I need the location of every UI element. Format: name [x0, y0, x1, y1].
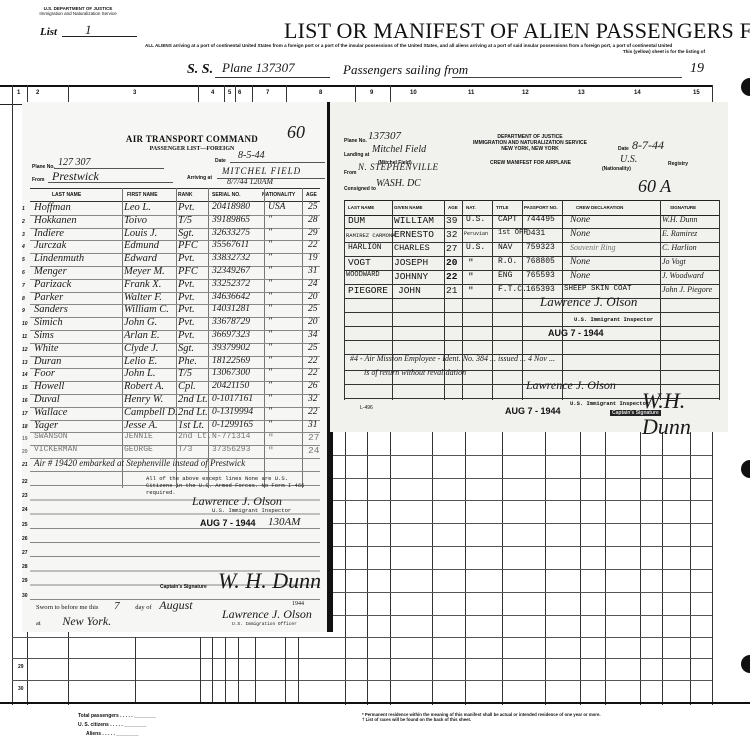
table-row: 8ParkerWalter F.Pvt.34636642"20 [30, 292, 320, 306]
col-num: 12 [522, 90, 529, 96]
col-header: TITLE [496, 205, 509, 210]
col-num: 5 [228, 90, 231, 96]
col-header: AGE [448, 205, 458, 210]
col-num: 7 [266, 90, 269, 96]
col-num: 3 [133, 90, 136, 96]
punch-hole [741, 460, 750, 478]
col-header: SIGNATURE [670, 205, 696, 210]
table-row: 17WallaceCampbell D.2nd Lt.0-1319994"22 [30, 407, 320, 421]
officer-title: U.S. Immigration Officer [232, 622, 297, 627]
table-row: 10SimichJohn G.Pvt.33678729"20 [30, 317, 320, 331]
ss-value: Plane 137307 [222, 60, 295, 76]
sailing-from-label: Passengers sailing from [343, 62, 468, 78]
officer-signature: Lawrence J. Olson [222, 607, 312, 622]
crew-landing-value: Mitchel Field [372, 144, 426, 155]
crew-from-value: N. STEPHENVILLE [358, 162, 439, 172]
col-header: LAST NAME [52, 192, 81, 198]
crew-inspector-title: U.S. Immigrant Inspector [574, 316, 653, 323]
col-header: RANK [178, 192, 192, 198]
col-num: 4 [211, 90, 214, 96]
sworn-place-line: at New York. [36, 614, 111, 629]
plane-value: 127 307 [58, 157, 91, 168]
table-row: 3IndiereLouis J.Sgt.32633275"29 [30, 228, 320, 242]
col-num: 1 [17, 90, 20, 96]
crew-note-line-1: #4 - Air Mission Employee - Ident. No. 3… [350, 354, 705, 363]
table-row: 7ParizackFrank X.Pvt.33252372"24 [30, 279, 320, 293]
crew-nationality-label: (Nationality) [602, 166, 631, 172]
table-row: 14FoorJohn L.T/513067300"22 [30, 368, 320, 382]
certification-text: All of the above except lines None are U… [146, 475, 316, 496]
crew-from-label: From [344, 170, 357, 176]
sailing-underline [452, 77, 682, 78]
col-num: 14 [634, 90, 641, 96]
crew-inspector-title-2: U.S. Immigrant Inspector [570, 400, 649, 407]
crew-department: DEPARTMENT OF JUSTICE IMMIGRATION AND NA… [470, 134, 590, 152]
crew-row: DUMWILLIAM39U.S.CAPT744495NoneW.H. Dunn [344, 214, 719, 229]
date-value: 8-5-44 [238, 150, 265, 161]
col-header: NAT. [466, 205, 476, 210]
crew-captain-signature: W.H. Dunn [642, 388, 728, 440]
time-stamp: 130AM [268, 516, 300, 528]
form-number: L-496 [360, 405, 373, 411]
crew-row-empty [344, 326, 719, 341]
crew-row-empty [344, 312, 719, 327]
table-row: 13DuranLelio E.Phe.18122569"22 [30, 356, 320, 370]
row-number: 29 [18, 664, 24, 670]
inspector-title: U.S. Immigrant Inspector [212, 507, 291, 514]
crew-consigned-value: WASH. DC [376, 178, 421, 189]
table-row: 1HoffmanLeo L.Pvt.20418980USA25 [30, 202, 320, 216]
table-row: 2HokkanenToivoT/539189865"28 [30, 215, 320, 229]
crew-row: HARLIONCHARLES27U.S.NAV759323Souvenir Ri… [344, 242, 719, 257]
table-row: 9SandersWilliam C.Pvt.14031281"25 [30, 304, 320, 318]
row-number: 30 [18, 686, 24, 692]
col-num: 6 [238, 90, 241, 96]
list-label: List [40, 26, 57, 38]
col-header: PASSPORT NO. [524, 205, 558, 210]
punch-hole [741, 78, 750, 96]
crew-plane-value: 137307 [368, 130, 401, 142]
arriving-value: MITCHEL FIELD [222, 166, 301, 176]
atc-sheet-number: 60 [287, 122, 305, 143]
table-row: 19SWANSONJENNIE2nd Lt.N-771314"27 [30, 432, 320, 446]
col-num: 13 [578, 90, 585, 96]
captain-signature-label: Captain's Signature [160, 584, 207, 590]
crew-row: VOGTJOSEPH20"R.O.768805NoneJo Vogt [344, 256, 719, 271]
footnotes: * Permanent residence within the meaning… [362, 712, 601, 722]
crew-date-value: 8-7-44 [632, 138, 664, 153]
crew-nationality-value: U.S. [620, 154, 637, 165]
arriving-label: Arriving at [187, 175, 212, 181]
crew-note-line-2: is of return without revalidation [364, 368, 466, 377]
from-label: From [32, 177, 45, 183]
atc-passenger-list: AIR TRANSPORT COMMAND PASSENGER LIST—FOR… [22, 102, 333, 632]
crew-sheet-number: 60 A [638, 176, 671, 197]
col-num: 9 [370, 90, 373, 96]
list-number: 1 [85, 22, 92, 38]
crew-inspector-signature: Lawrence J. Olson [540, 294, 637, 310]
col-num: 15 [693, 90, 700, 96]
crew-row: WOODWARDJOHNNY22"ENG765593NoneJ. Woodwar… [344, 270, 719, 285]
table-row: 18YagerJesse A.1st Lt.0-1299165"31 [30, 420, 320, 434]
crew-inspector-signature-2: Lawrence J. Olson [526, 378, 616, 393]
col-num: 10 [410, 90, 417, 96]
crew-manifest-title: CREW MANIFEST FOR AIRPLANE [490, 160, 571, 166]
date-label: Date [215, 158, 226, 164]
table-row: 4JurczakEdmundPFC35567611"22 [30, 240, 320, 254]
crew-plane-label: Plane No. [344, 138, 367, 144]
page-title: LIST OR MANIFEST OF ALIEN PASSENGERS FOR… [284, 18, 750, 44]
empty-row-numbers: 222324252627282930 [22, 475, 28, 603]
totals-block: Total passengers . . . . . ________ U. S… [78, 712, 156, 739]
crew-landing-label: Landing at [344, 152, 369, 158]
sworn-line: Sworn to before me this 7 day of August [36, 598, 199, 613]
crew-row: PIEGOREJOHN21"F.T.C.165393SHEEP SKIN COA… [344, 284, 719, 299]
crew-row: RAMIREZ CARMONAERNESTO32Peruvian1st OFFD… [344, 228, 719, 243]
atc-title: AIR TRANSPORT COMMAND [92, 134, 292, 144]
list-underline [62, 36, 137, 37]
table-row: 5LindenmuthEdwardPvt.33832732"19 [30, 253, 320, 267]
col-header: AGE [306, 192, 317, 198]
crew-row-empty [344, 298, 719, 313]
department-label: U.S. DEPARTMENT OF JUSTICE Immigration a… [38, 6, 118, 16]
crew-date-stamp: AUG 7 - 1944 [548, 328, 604, 338]
punch-hole [741, 655, 750, 673]
table-row-note: 21Air # 19420 embarked at Stephenville i… [30, 458, 320, 472]
ss-label: S. S. [187, 62, 213, 78]
col-header: NATIONALITY [262, 192, 295, 198]
col-header: LAST NAME [348, 205, 374, 210]
col-num: 2 [36, 90, 39, 96]
table-row: 20VICKERMANGEORGET/337356293"24 [30, 445, 320, 459]
crew-consigned-label: Consigned to [344, 186, 376, 192]
crew-date-label: Date [618, 146, 629, 152]
year-label: 19 [690, 61, 704, 77]
col-num: 8 [319, 90, 322, 96]
table-row: 12WhiteClyde J.Sgt.39379902"25 [30, 343, 320, 357]
crew-manifest: Plane No. 137307 Landing at Mitchel Fiel… [330, 102, 728, 432]
col-header: SERIAL NO. [212, 192, 241, 198]
table-row: 16DuvalHenry W.2nd Lt.0-1017161"32 [30, 394, 320, 408]
ss-underline [215, 77, 330, 78]
crew-date-stamp-2: AUG 7 - 1944 [505, 406, 561, 416]
table-row: 15HowellRobert A.Cpl.20421150"26 [30, 381, 320, 395]
form-instructions-2: This (yellow) sheet is for the listing o… [510, 49, 705, 54]
col-header: GIVEN NAME [394, 205, 423, 210]
crew-row-empty [344, 340, 719, 355]
col-num: 11 [468, 90, 474, 96]
table-row: 11SimsArlan E.Pvt.36697323"34 [30, 330, 320, 344]
captain-signature: W. H. Dunn [218, 568, 321, 594]
col-header: CREW DECLARATION [576, 205, 623, 210]
crew-registry-label: Registry [668, 161, 688, 167]
col-header: FIRST NAME [127, 192, 158, 198]
table-row: 6MengerMeyer M.PFC32349267"31 [30, 266, 320, 280]
date-stamp: AUG 7 - 1944 [200, 518, 256, 528]
